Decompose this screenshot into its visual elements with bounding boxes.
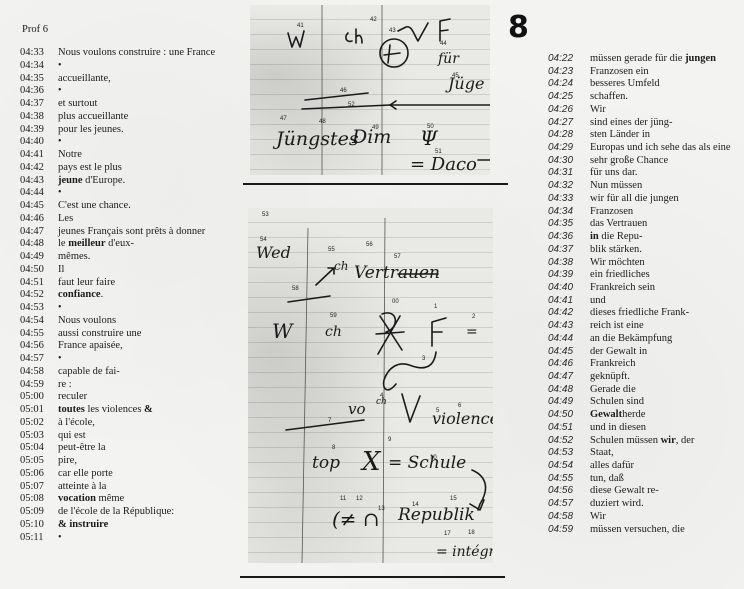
svg-text:44: 44 [440,41,447,47]
french-transcript-row: 05:01toutes les violences & [20,404,250,417]
timestamp: 04:53 [20,302,58,315]
transcript-text: und [590,295,606,308]
svg-text:X: X [360,447,382,477]
timestamp: 04:56 [20,340,58,353]
transcript-text: Nous voulons construire : une France [58,47,215,60]
german-transcript-row: 04:51und in diesen [548,422,744,435]
timestamp: 04:44 [20,187,58,200]
transcript-text: jeune d'Europe. [58,175,125,188]
svg-text:ch: ch [376,397,387,407]
transcript-text: dieses friedliche Frank- [590,307,689,320]
timestamp: 04:33 [548,193,590,206]
transcript-text: • [58,532,62,545]
transcript-text: ein friedliches [590,269,650,282]
french-transcript-row: 04:44• [20,187,250,200]
transcript-text: vocation même [58,493,124,506]
timestamp: 04:48 [20,238,58,251]
timestamp: 04:54 [20,315,58,328]
transcript-text: • [58,60,62,73]
svg-text:(≠ ∩: (≠ ∩ [332,507,380,531]
timestamp: 04:52 [548,435,590,448]
german-transcript-row: 04:26Wir [548,104,744,117]
svg-text:= Schule: = Schule [388,453,466,473]
svg-text:Jüge: Jüge [445,74,484,93]
german-transcript-row: 04:33wir für all die jungen [548,193,744,206]
french-transcript-row: 04:51faut leur faire [20,277,250,290]
french-transcript-row: 04:58capable de fai- [20,366,250,379]
french-transcript-row: 04:33Nous voulons construire : une Franc… [20,47,250,60]
german-transcript-row: 04:47geknüpft. [548,371,744,384]
transcript-text: sehr große Chance [590,155,668,168]
transcript-text: le meilleur d'eux- [58,238,134,251]
german-transcript-row: 04:52Schulen müssen wir, der [548,435,744,448]
svg-text:58: 58 [292,286,299,292]
transcript-text: der Gewalt in [590,346,647,359]
transcript-text: France apaisée, [58,340,123,353]
svg-text:ch: ch [325,324,342,340]
french-transcript: 04:33Nous voulons construire : une Franc… [20,47,250,544]
timestamp: 04:39 [20,124,58,137]
transcript-text: pire, [58,455,77,468]
german-transcript-row: 04:42dieses friedliche Frank- [548,307,744,320]
timestamp: 04:33 [20,47,58,60]
timestamp: 04:40 [548,282,590,295]
french-transcript-row: 05:03qui est [20,430,250,443]
transcript-text: qui est [58,430,86,443]
timestamp: 05:05 [20,455,58,468]
french-transcript-row: 04:37et surtout [20,98,250,111]
german-transcript-row: 04:49Schulen sind [548,396,744,409]
transcript-text: toutes les violences & [58,404,153,417]
german-transcript-row: 04:44an die Bekämpfung [548,333,744,346]
timestamp: 04:29 [548,142,590,155]
svg-text:3: 3 [422,356,426,362]
interpreter-notes-bottom: 53 54 55 56 57 58 59 00 1 2 3 4 5 6 7 8 … [248,208,493,563]
timestamp: 04:46 [548,358,590,371]
timestamp: 04:37 [20,98,58,111]
french-transcript-row: 04:50Il [20,264,250,277]
german-transcript-row: 04:40Frankreich sein [548,282,744,295]
timestamp: 04:51 [20,277,58,290]
german-transcript-row: 04:28sten Länder in [548,129,744,142]
transcript-text: Wir [590,511,606,524]
transcript-text: wir für all die jungen [590,193,679,206]
french-transcript-row: 04:56France apaisée, [20,340,250,353]
german-transcript-row: 04:56diese Gewalt re- [548,485,744,498]
transcript-text: Frankreich sein [590,282,655,295]
transcript-text: mêmes. [58,251,90,264]
transcript-text: • [58,187,62,200]
german-transcript-row: 04:57duziert wird. [548,498,744,511]
interpreter-label: Prof 6 [22,24,48,35]
timestamp: 04:26 [548,104,590,117]
transcript-text: Les [58,213,73,226]
timestamp: 04:41 [20,149,58,162]
french-transcript-row: 04:48le meilleur d'eux- [20,238,250,251]
french-transcript-row: 04:45C'est une chance. [20,200,250,213]
timestamp: 05:09 [20,506,58,519]
transcript-text: peut-être la [58,442,106,455]
french-transcript-row: 04:43jeune d'Europe. [20,175,250,188]
timestamp: 05:03 [20,430,58,443]
german-transcript-row: 04:25schaffen. [548,91,744,104]
svg-text:00: 00 [392,299,399,305]
transcript-text: reich ist eine [590,320,644,333]
timestamp: 04:56 [548,485,590,498]
transcript-text: capable de fai- [58,366,120,379]
german-transcript-row: 04:53Staat, [548,447,744,460]
timestamp: 04:59 [20,379,58,392]
svg-text:17: 17 [444,531,451,537]
transcript-text: für uns dar. [590,167,638,180]
french-transcript-row: 05:00reculer [20,391,250,404]
transcript-text: in die Repu- [590,231,643,244]
german-transcript-row: 04:30sehr große Chance [548,155,744,168]
transcript-text: à l'école, [58,417,95,430]
timestamp: 05:11 [20,532,58,545]
transcript-text: • [58,353,62,366]
french-transcript-row: 04:57• [20,353,250,366]
transcript-text: schaffen. [590,91,628,104]
svg-text:=: = [466,324,478,340]
svg-text:12: 12 [356,496,363,502]
transcript-text: Europas und ich sehe das als eine [590,142,731,155]
german-transcript-row: 04:35das Vertrauen [548,218,744,231]
transcript-text: Wir [590,104,606,117]
svg-text:für: für [437,51,460,67]
timestamp: 04:34 [20,60,58,73]
handwritten-notes-bottom-drawing: 53 54 55 56 57 58 59 00 1 2 3 4 5 6 7 8 … [248,208,493,563]
transcript-text: Frankreich [590,358,635,371]
timestamp: 04:30 [548,155,590,168]
svg-text:Wed: Wed [256,243,291,262]
timestamp: 04:45 [20,200,58,213]
svg-text:15: 15 [450,496,457,502]
page-number: 8 [508,10,529,45]
german-transcript-row: 04:31für uns dar. [548,167,744,180]
timestamp: 04:54 [548,460,590,473]
french-transcript-row: 05:10& instruire [20,519,250,532]
svg-text:2: 2 [472,314,476,320]
transcript-text: Il [58,264,64,277]
transcript-text: das Vertrauen [590,218,647,231]
timestamp: 05:07 [20,481,58,494]
svg-text:59: 59 [330,313,337,319]
german-transcript-row: 04:59müssen versuchen, die [548,524,744,537]
svg-text:Vertrauen: Vertrauen [354,263,440,283]
transcript-text: an die Bekämpfung [590,333,672,346]
transcript-text: confiance. [58,289,103,302]
svg-text:56: 56 [366,242,373,248]
german-transcript-row: 04:54alles dafür [548,460,744,473]
section-divider-bottom [240,576,505,578]
timestamp: 04:49 [20,251,58,264]
svg-text:43: 43 [389,28,396,34]
german-transcript-row: 04:36in die Repu- [548,231,744,244]
german-transcript-row: 04:23Franzosen ein [548,66,744,79]
timestamp: 04:49 [548,396,590,409]
timestamp: 04:55 [548,473,590,486]
timestamp: 04:25 [548,91,590,104]
transcript-text: Staat, [590,447,614,460]
timestamp: 05:04 [20,442,58,455]
transcript-text: re : [58,379,72,392]
timestamp: 04:53 [548,447,590,460]
handwritten-notes-top-drawing: 41 42 43 44 45 46 47 48 49 50 51 52 für … [250,5,490,175]
transcript-text: müssen versuchen, die [590,524,685,537]
svg-text:W: W [272,319,294,343]
german-transcript-row: 04:58Wir [548,511,744,524]
transcript-text: Schulen müssen wir, der [590,435,694,448]
svg-text:= Daco: = Daco [410,154,477,175]
timestamp: 04:46 [20,213,58,226]
transcript-text: müssen gerade für die jungen [590,53,716,66]
timestamp: 04:43 [20,175,58,188]
french-transcript-row: 04:49mêmes. [20,251,250,264]
timestamp: 04:48 [548,384,590,397]
transcript-text: Gewaltherde [590,409,645,422]
french-transcript-row: 05:11• [20,532,250,545]
german-transcript-row: 04:46Frankreich [548,358,744,371]
transcript-text: aussi construire une [58,328,141,341]
transcript-text: et surtout [58,98,97,111]
timestamp: 05:06 [20,468,58,481]
timestamp: 04:47 [20,226,58,239]
transcript-text: • [58,136,62,149]
transcript-text: jeunes Français sont prêts à donner [58,226,205,239]
french-transcript-row: 04:46Les [20,213,250,226]
transcript-text: Nous voulons [58,315,116,328]
timestamp: 04:57 [548,498,590,511]
transcript-text: faut leur faire [58,277,115,290]
svg-text:46: 46 [340,88,347,94]
timestamp: 04:58 [548,511,590,524]
german-transcript-row: 04:45der Gewalt in [548,346,744,359]
transcript-text: Nun müssen [590,180,642,193]
french-transcript-row: 04:35accueillante, [20,73,250,86]
french-transcript-row: 04:55aussi construire une [20,328,250,341]
svg-text:Ψ: Ψ [420,126,439,150]
svg-text:55: 55 [328,247,335,253]
german-transcript-row: 04:29Europas und ich sehe das als eine [548,142,744,155]
timestamp: 04:59 [548,524,590,537]
french-transcript-row: 04:52confiance. [20,289,250,302]
timestamp: 04:43 [548,320,590,333]
timestamp: 04:41 [548,295,590,308]
french-transcript-row: 04:41Notre [20,149,250,162]
german-transcript-row: 04:43reich ist eine [548,320,744,333]
transcript-text: Franzosen [590,206,633,219]
german-transcript-row: 04:48Gerade die [548,384,744,397]
interpreter-notes-top: 41 42 43 44 45 46 47 48 49 50 51 52 für … [250,5,490,175]
timestamp: 04:35 [548,218,590,231]
svg-text:ch: ch [334,259,348,273]
timestamp: 05:01 [20,404,58,417]
timestamp: 04:50 [548,409,590,422]
french-transcript-row: 05:04peut-être la [20,442,250,455]
french-transcript-row: 05:05pire, [20,455,250,468]
german-transcript-row: 04:24besseres Umfeld [548,78,744,91]
transcript-text: sind eines der jüng- [590,117,673,130]
timestamp: 05:00 [20,391,58,404]
svg-text:53: 53 [262,212,269,218]
french-transcript-row: 04:47jeunes Français sont prêts à donner [20,226,250,239]
svg-text:vo: vo [348,400,366,418]
transcript-text: C'est une chance. [58,200,131,213]
transcript-text: & instruire [58,519,108,532]
svg-text:top: top [312,453,340,473]
transcript-text: sten Länder in [590,129,650,142]
french-transcript-row: 04:38plus accueillante [20,111,250,124]
svg-text:18: 18 [468,530,475,536]
french-transcript-row: 05:09de l'école de la République: [20,506,250,519]
transcript-text: tun, daß [590,473,624,486]
timestamp: 04:36 [548,231,590,244]
transcript-text: alles dafür [590,460,634,473]
timestamp: 04:44 [548,333,590,346]
svg-text:violence: violence [432,409,493,428]
timestamp: 04:34 [548,206,590,219]
french-transcript-row: 04:34• [20,60,250,73]
timestamp: 04:52 [20,289,58,302]
german-transcript-row: 04:41und [548,295,744,308]
section-divider-top [243,183,508,185]
timestamp: 04:55 [20,328,58,341]
svg-text:11: 11 [340,496,347,502]
german-transcript-row: 04:38Wir möchten [548,257,744,270]
german-transcript-row: 04:37blik stärken. [548,244,744,257]
transcript-text: Wir möchten [590,257,645,270]
svg-text:1: 1 [434,304,438,310]
timestamp: 04:42 [548,307,590,320]
transcript-text: geknüpft. [590,371,630,384]
svg-text:Republik: Republik [397,505,475,525]
timestamp: 04:39 [548,269,590,282]
timestamp: 04:38 [20,111,58,124]
timestamp: 04:22 [548,53,590,66]
svg-text:= intégralen): = intégralen) [436,544,493,560]
timestamp: 04:40 [20,136,58,149]
timestamp: 04:37 [548,244,590,257]
transcript-text: • [58,85,62,98]
timestamp: 05:08 [20,493,58,506]
transcript-text: und in diesen [590,422,646,435]
french-transcript-row: 04:54Nous voulons [20,315,250,328]
transcript-text: blik stärken. [590,244,642,257]
timestamp: 04:35 [20,73,58,86]
svg-text:9: 9 [388,437,392,443]
timestamp: 04:27 [548,117,590,130]
timestamp: 05:02 [20,417,58,430]
timestamp: 04:38 [548,257,590,270]
transcript-text: Franzosen ein [590,66,649,79]
french-transcript-row: 04:36• [20,85,250,98]
german-transcript-row: 04:22müssen gerade für die jungen [548,53,744,66]
timestamp: 04:23 [548,66,590,79]
french-transcript-row: 05:02à l'école, [20,417,250,430]
transcript-text: diese Gewalt re- [590,485,659,498]
german-transcript-row: 04:32Nun müssen [548,180,744,193]
transcript-text: pays est le plus [58,162,122,175]
timestamp: 04:50 [20,264,58,277]
french-transcript-row: 04:39pour les jeunes. [20,124,250,137]
transcript-text: besseres Umfeld [590,78,660,91]
timestamp: 04:51 [548,422,590,435]
french-transcript-row: 04:59re : [20,379,250,392]
svg-text:57: 57 [394,254,401,260]
french-transcript-row: 05:06car elle porte [20,468,250,481]
transcript-text: pour les jeunes. [58,124,124,137]
french-transcript-row: 04:42pays est le plus [20,162,250,175]
timestamp: 04:36 [20,85,58,98]
transcript-text: car elle porte [58,468,113,481]
transcript-text: Notre [58,149,82,162]
svg-text:8: 8 [332,445,336,451]
transcript-text: duziert wird. [590,498,644,511]
svg-text:7: 7 [328,418,332,424]
timestamp: 04:47 [548,371,590,384]
transcript-text: Gerade die [590,384,636,397]
timestamp: 04:45 [548,346,590,359]
transcript-text: plus accueillante [58,111,128,124]
svg-text:47: 47 [280,116,287,122]
timestamp: 04:42 [20,162,58,175]
french-transcript-row: 04:40• [20,136,250,149]
transcript-text: atteinte à la [58,481,106,494]
french-transcript-row: 05:07atteinte à la [20,481,250,494]
transcript-text: • [58,302,62,315]
transcript-text: Schulen sind [590,396,644,409]
timestamp: 04:57 [20,353,58,366]
german-transcript-row: 04:34Franzosen [548,206,744,219]
timestamp: 04:58 [20,366,58,379]
transcript-text: reculer [58,391,87,404]
timestamp: 04:24 [548,78,590,91]
svg-text:Jüngstes: Jüngstes [272,128,359,150]
svg-text:42: 42 [370,17,377,23]
timestamp: 04:31 [548,167,590,180]
french-transcript-row: 04:53• [20,302,250,315]
timestamp: 05:10 [20,519,58,532]
german-transcript: 04:22müssen gerade für die jungen04:23Fr… [548,53,744,536]
svg-text:Dim: Dim [351,126,391,148]
transcript-text: de l'école de la République: [58,506,174,519]
german-transcript-row: 04:50Gewaltherde [548,409,744,422]
german-transcript-row: 04:27sind eines der jüng- [548,117,744,130]
german-transcript-row: 04:55tun, daß [548,473,744,486]
timestamp: 04:28 [548,129,590,142]
french-transcript-row: 05:08vocation même [20,493,250,506]
german-transcript-row: 04:39ein friedliches [548,269,744,282]
svg-text:48: 48 [319,119,326,125]
timestamp: 04:32 [548,180,590,193]
transcript-text: accueillante, [58,73,111,86]
svg-text:41: 41 [297,23,304,29]
